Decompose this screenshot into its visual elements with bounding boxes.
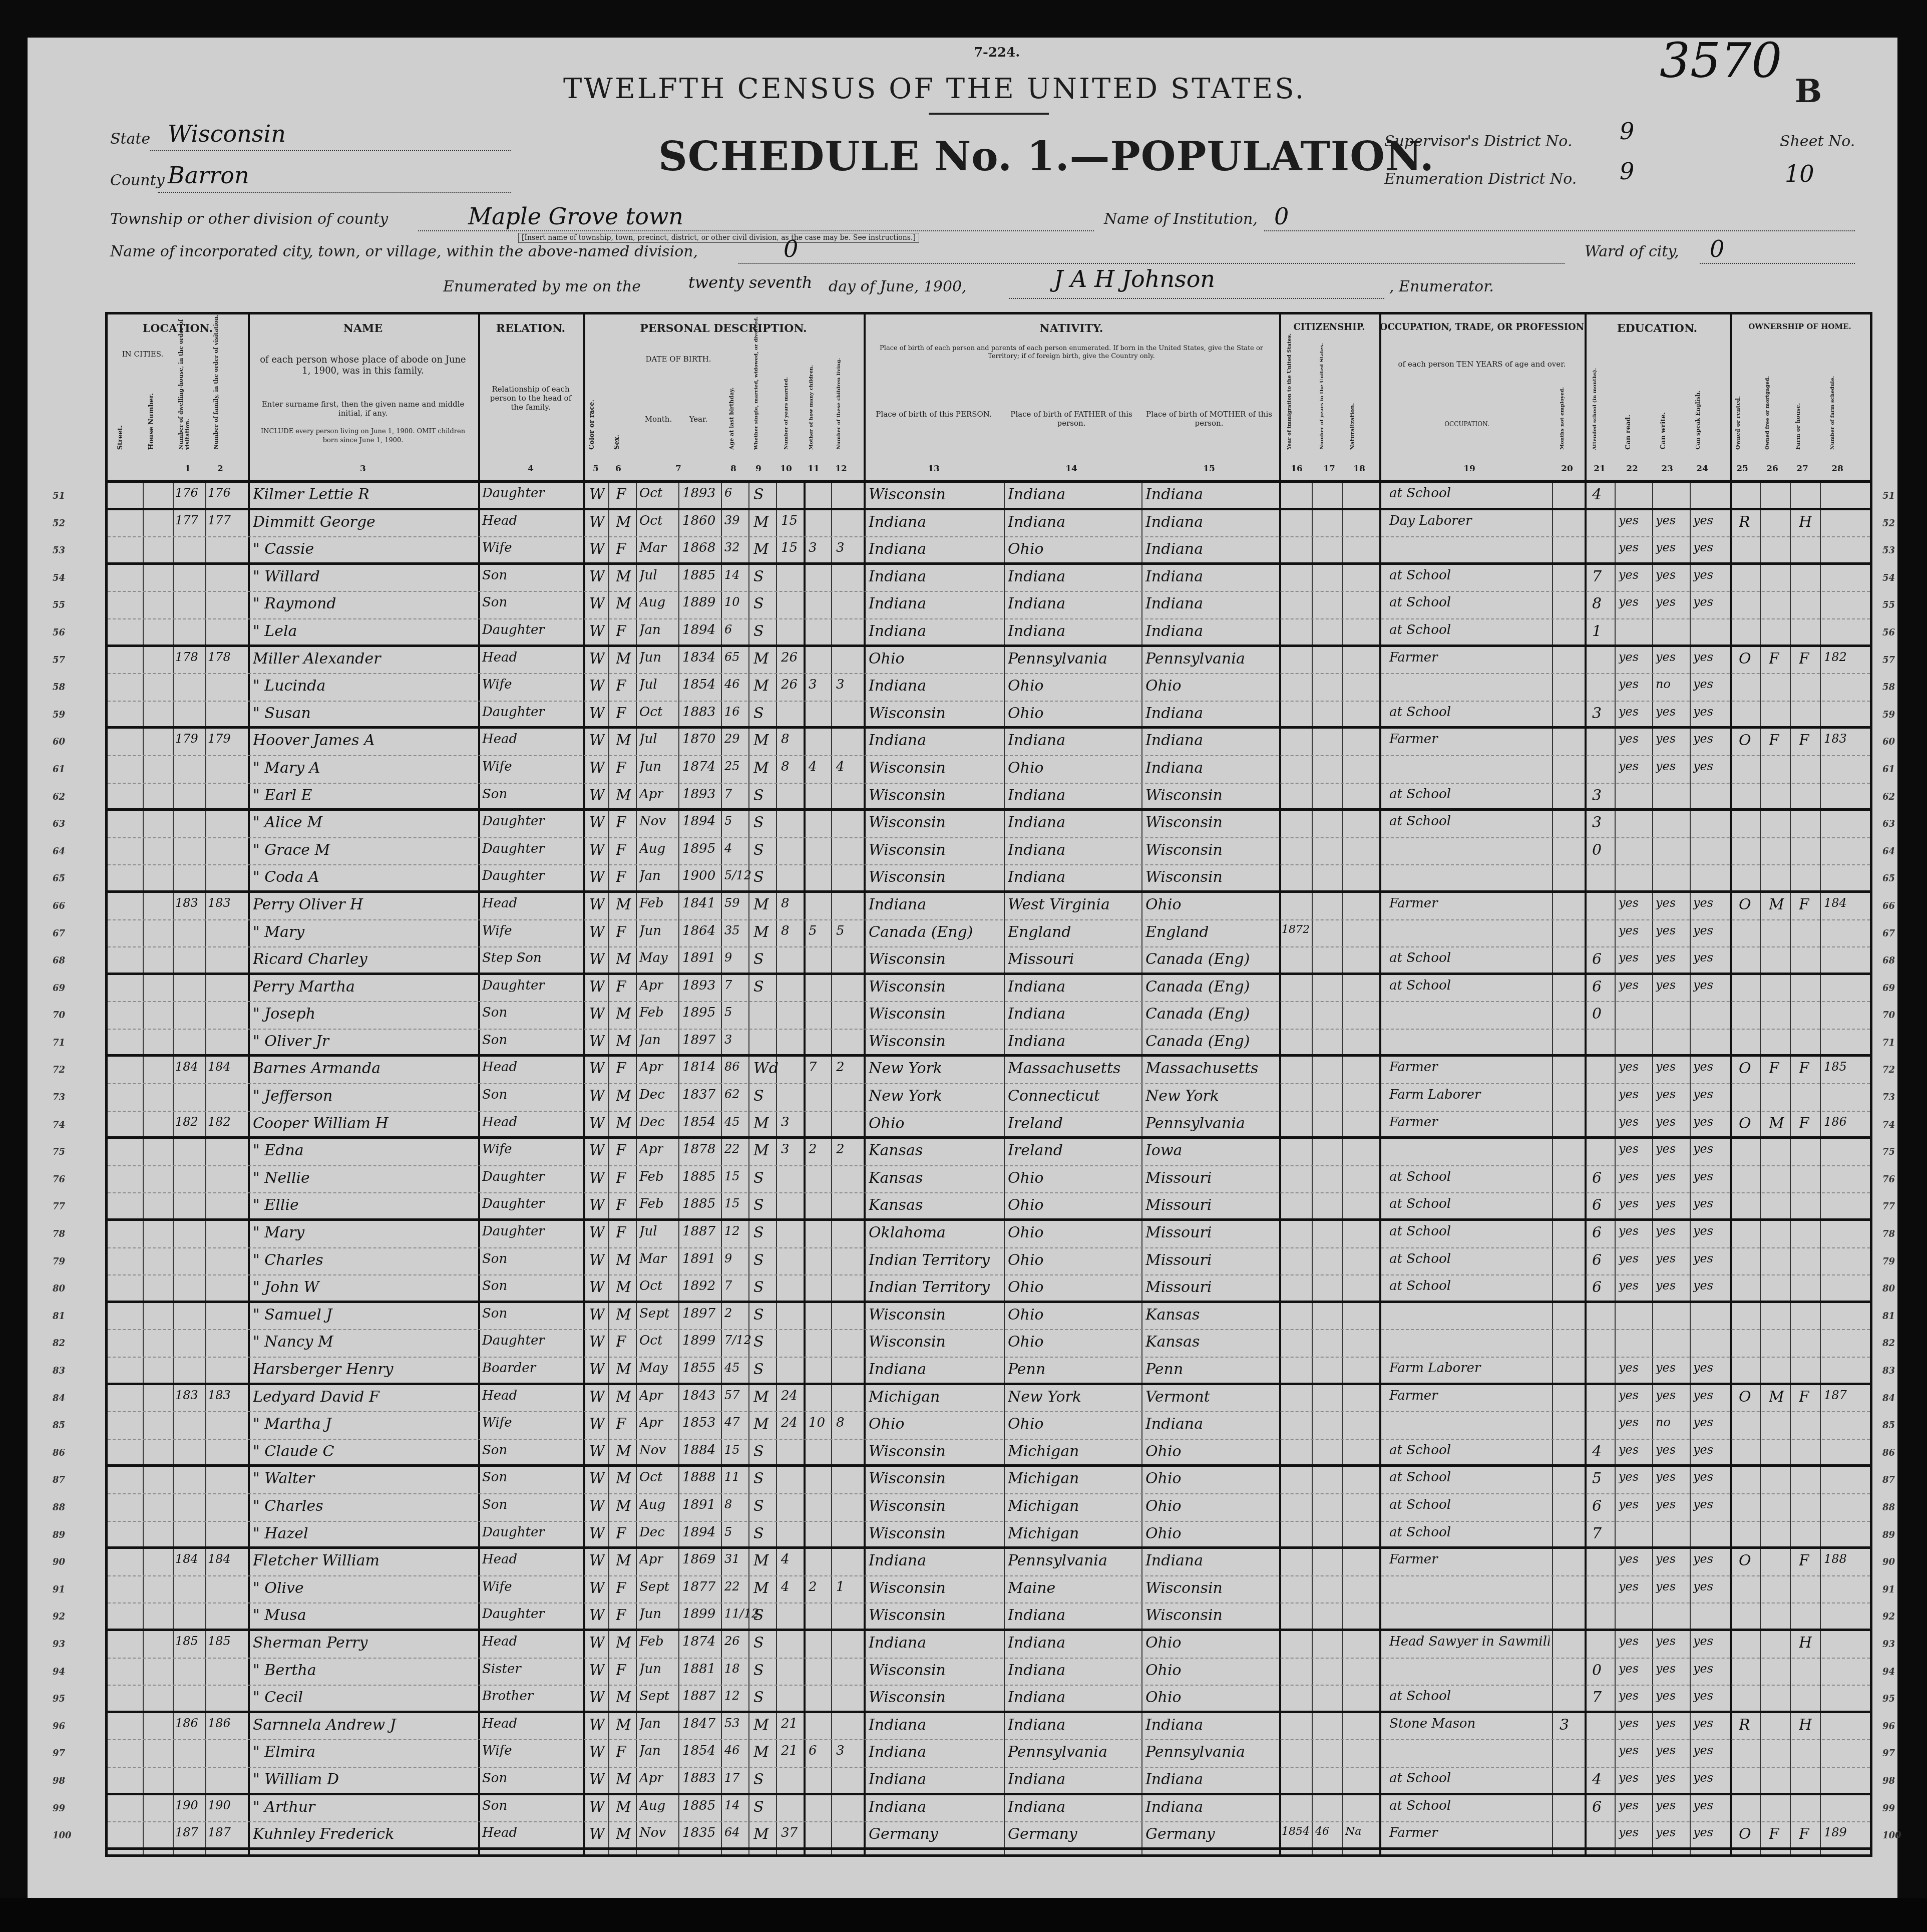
birthplace-father: Ireland bbox=[1008, 1115, 1140, 1132]
line-number-right: 77 bbox=[1882, 1201, 1895, 1212]
divider bbox=[248, 314, 250, 480]
birth-year: 1888 bbox=[682, 1470, 715, 1485]
col-num: 1 bbox=[178, 464, 198, 474]
birth-month: Oct bbox=[639, 513, 662, 528]
color: W bbox=[589, 868, 605, 886]
birthplace-father: Michigan bbox=[1008, 1443, 1140, 1460]
relation: Son bbox=[482, 568, 582, 583]
person-name: " Edna bbox=[253, 1142, 476, 1159]
can-read: yes bbox=[1619, 1388, 1639, 1402]
person-name: Perry Oliver H bbox=[253, 896, 476, 913]
birthplace-father: Indiana bbox=[1008, 486, 1140, 503]
line-number-right: 79 bbox=[1882, 1256, 1895, 1267]
line-number-right: 100 bbox=[1882, 1830, 1901, 1841]
years-married: 4 bbox=[781, 1579, 790, 1594]
write-header: Can write. bbox=[1660, 412, 1667, 450]
house-header: House Number. bbox=[148, 393, 155, 450]
farm-schedule: 187 bbox=[1824, 1388, 1847, 1402]
occupation: at School bbox=[1389, 787, 1550, 802]
birthplace-father: Ohio bbox=[1008, 1278, 1140, 1296]
color: W bbox=[589, 1798, 605, 1816]
birthplace-person: Wisconsin bbox=[869, 1470, 1001, 1487]
sex: M bbox=[616, 1689, 631, 1706]
can-read: yes bbox=[1619, 1771, 1639, 1785]
can-write: yes bbox=[1656, 1689, 1676, 1703]
relation: Son bbox=[482, 1278, 582, 1294]
farm-schedule: 183 bbox=[1824, 732, 1847, 746]
table-row: 96 186 186 Sarnnela Andrew J Head W M Ja… bbox=[108, 1713, 1870, 1741]
age: 45 bbox=[724, 1115, 740, 1129]
owned-rented: R bbox=[1739, 1716, 1750, 1734]
birthplace-father: Indiana bbox=[1008, 732, 1140, 749]
line-number-right: 99 bbox=[1882, 1803, 1895, 1814]
sex: F bbox=[616, 1743, 626, 1761]
table-row: 73 " Jefferson Son W M Dec 1837 62 S New… bbox=[108, 1084, 1870, 1112]
table-row: 88 " Charles Son W M Aug 1891 8 S Wiscon… bbox=[108, 1494, 1870, 1522]
person-name: Barnes Armanda bbox=[253, 1060, 476, 1077]
age: 57 bbox=[724, 1388, 740, 1402]
color: W bbox=[589, 1606, 605, 1624]
person-name: " Charles bbox=[253, 1251, 476, 1269]
birthplace-father: Indiana bbox=[1008, 595, 1140, 612]
color: W bbox=[589, 1579, 605, 1597]
enumeration-value: 9 bbox=[1620, 158, 1634, 185]
table-row: 61 " Mary A Wife W F Jun 1874 25 M 8 4 4… bbox=[108, 756, 1870, 784]
marital-status: M bbox=[753, 923, 769, 941]
color: W bbox=[589, 1388, 605, 1406]
nativity-description: Place of birth of each person and parent… bbox=[869, 345, 1274, 361]
birthplace-person: Indian Territory bbox=[869, 1251, 1001, 1269]
age: 8 bbox=[724, 1497, 732, 1511]
birth-year: 1814 bbox=[682, 1060, 715, 1075]
birthplace-mother: Wisconsin bbox=[1145, 787, 1278, 804]
age: 5 bbox=[724, 1525, 732, 1539]
enumerated-prefix: Enumerated by me on the bbox=[443, 278, 641, 295]
title-divider bbox=[929, 113, 1049, 115]
line-number-left: 58 bbox=[53, 682, 65, 693]
can-write: yes bbox=[1656, 1743, 1676, 1757]
years-married: 3 bbox=[781, 1115, 790, 1130]
birthplace-mother: Wisconsin bbox=[1145, 1579, 1278, 1597]
age: 62 bbox=[724, 1087, 740, 1101]
line-number-right: 75 bbox=[1882, 1147, 1895, 1157]
occupation: at School bbox=[1389, 1525, 1550, 1540]
marital-status: M bbox=[753, 896, 769, 913]
sex: M bbox=[616, 1388, 631, 1406]
birthplace-person: Indiana bbox=[869, 1771, 1001, 1788]
birthplace-mother: Missouri bbox=[1145, 1251, 1278, 1269]
color: W bbox=[589, 950, 605, 968]
sex: F bbox=[616, 677, 626, 695]
farm-house: H bbox=[1799, 513, 1812, 531]
color: W bbox=[589, 595, 605, 612]
person-name: " William D bbox=[253, 1771, 476, 1788]
birth-month: Dec bbox=[639, 1087, 665, 1102]
free-mortgaged: F bbox=[1769, 650, 1779, 668]
city-line bbox=[738, 263, 1565, 264]
can-read: yes bbox=[1619, 1196, 1639, 1210]
age: 7 bbox=[724, 1278, 732, 1293]
birthplace-mother: Vermont bbox=[1145, 1388, 1278, 1406]
line-number-right: 63 bbox=[1882, 819, 1895, 829]
group-nativity: NATIVITY. bbox=[864, 322, 1279, 335]
birthplace-father: Michigan bbox=[1008, 1497, 1140, 1515]
children-born: 5 bbox=[809, 923, 817, 938]
line-number-left: 99 bbox=[53, 1803, 65, 1814]
birthplace-mother: Indiana bbox=[1145, 595, 1278, 612]
age: 86 bbox=[724, 1060, 740, 1074]
line-number-left: 94 bbox=[53, 1667, 65, 1677]
sex: M bbox=[616, 513, 631, 531]
person-name: " Nellie bbox=[253, 1169, 476, 1187]
family-number: 178 bbox=[208, 650, 231, 664]
speaks-english: yes bbox=[1693, 650, 1713, 664]
col-num: 3 bbox=[353, 464, 373, 474]
birth-month: Apr bbox=[639, 1388, 663, 1403]
color: W bbox=[589, 1087, 605, 1105]
birthplace-person: Kansas bbox=[869, 1196, 1001, 1214]
ward-line bbox=[1700, 263, 1855, 264]
can-read: yes bbox=[1619, 1115, 1639, 1129]
birthplace-mother: Indiana bbox=[1145, 486, 1278, 503]
can-read: yes bbox=[1619, 513, 1639, 527]
in-cities-label: IN CITIES. bbox=[108, 350, 178, 359]
age: 35 bbox=[724, 923, 740, 937]
school-months: 6 bbox=[1592, 1196, 1602, 1214]
birthplace-person: Indiana bbox=[869, 622, 1001, 640]
birthplace-person: Indiana bbox=[869, 595, 1001, 612]
school-months: 4 bbox=[1592, 1771, 1602, 1788]
color: W bbox=[589, 1552, 605, 1569]
birth-year: 1892 bbox=[682, 1278, 715, 1294]
can-write: yes bbox=[1656, 1771, 1676, 1785]
can-write: yes bbox=[1656, 1579, 1676, 1593]
line-number-left: 100 bbox=[53, 1830, 72, 1841]
relation: Daughter bbox=[482, 868, 582, 883]
children-born: 2 bbox=[809, 1579, 817, 1594]
age: 14 bbox=[724, 568, 740, 582]
line-number-left: 52 bbox=[53, 518, 65, 529]
line-number-left: 57 bbox=[53, 655, 65, 666]
col-num: 19 bbox=[1459, 464, 1479, 474]
birth-month: Oct bbox=[639, 1278, 662, 1294]
birthplace-person: Indiana bbox=[869, 568, 1001, 585]
person-name: " Mary bbox=[253, 1224, 476, 1241]
can-write: yes bbox=[1656, 1662, 1676, 1676]
school-months: 6 bbox=[1592, 950, 1602, 968]
birthplace-person: Indiana bbox=[869, 732, 1001, 749]
speaks-english: yes bbox=[1693, 978, 1713, 992]
can-write: yes bbox=[1656, 1060, 1676, 1074]
speaks-english: yes bbox=[1693, 950, 1713, 964]
years-us-header: Number of years in the United States. bbox=[1319, 343, 1325, 450]
relation: Son bbox=[482, 1497, 582, 1512]
person-name: Cooper William H bbox=[253, 1115, 476, 1132]
person-name: " Ellie bbox=[253, 1196, 476, 1214]
line-number-right: 53 bbox=[1882, 545, 1895, 556]
birth-father-label: Place of birth of FATHER of this person. bbox=[1004, 410, 1139, 428]
can-read: yes bbox=[1619, 650, 1639, 664]
marital-status: S bbox=[753, 1470, 764, 1487]
dwelling-number: 179 bbox=[175, 732, 198, 746]
birthplace-person: Indiana bbox=[869, 513, 1001, 531]
line-number-left: 91 bbox=[53, 1584, 65, 1595]
birthplace-person: Wisconsin bbox=[869, 841, 1001, 859]
age: 3 bbox=[724, 1033, 732, 1047]
birthplace-person: Wisconsin bbox=[869, 759, 1001, 777]
can-write: no bbox=[1656, 1415, 1671, 1429]
schedule-title: SCHEDULE No. 1.—POPULATION. bbox=[658, 133, 1434, 180]
occupation: at School bbox=[1389, 595, 1550, 610]
years-married: 8 bbox=[781, 732, 790, 747]
birth-year: 1878 bbox=[682, 1142, 715, 1157]
birth-person-label: Place of birth of this PERSON. bbox=[869, 410, 999, 419]
color: W bbox=[589, 1060, 605, 1077]
can-read: yes bbox=[1619, 1689, 1639, 1703]
age: 11 bbox=[724, 1470, 740, 1484]
relation: Daughter bbox=[482, 1169, 582, 1184]
birth-year: 1860 bbox=[682, 513, 715, 528]
speaks-english: yes bbox=[1693, 1415, 1713, 1429]
birth-year: 1887 bbox=[682, 1689, 715, 1704]
children-living: 1 bbox=[836, 1579, 845, 1594]
col-num: 22 bbox=[1622, 464, 1642, 474]
line-number-right: 88 bbox=[1882, 1502, 1895, 1513]
occupation: at School bbox=[1389, 1771, 1550, 1786]
relation: Son bbox=[482, 1771, 582, 1786]
table-row: 94 " Bertha Sister W F Jun 1881 18 S Wis… bbox=[108, 1659, 1870, 1686]
birth-year: 1887 bbox=[682, 1224, 715, 1239]
birthplace-mother: Ohio bbox=[1145, 677, 1278, 695]
sex: M bbox=[616, 1361, 631, 1378]
color: W bbox=[589, 1525, 605, 1542]
sex: F bbox=[616, 1606, 626, 1624]
line-number-right: 89 bbox=[1882, 1530, 1895, 1540]
table-row: 83 Harsberger Henry Boarder W M May 1855… bbox=[108, 1358, 1870, 1385]
line-number-left: 86 bbox=[53, 1448, 65, 1458]
can-write: no bbox=[1656, 677, 1671, 691]
school-months: 0 bbox=[1592, 841, 1602, 859]
line-number-left: 68 bbox=[53, 955, 65, 966]
line-number-left: 96 bbox=[53, 1721, 65, 1732]
line-number-right: 66 bbox=[1882, 901, 1895, 911]
can-read: yes bbox=[1619, 1798, 1639, 1812]
person-name: " Musa bbox=[253, 1606, 476, 1624]
birth-month: Aug bbox=[639, 1798, 665, 1813]
sex: M bbox=[616, 1497, 631, 1515]
age: 12 bbox=[724, 1689, 740, 1703]
speaks-english: yes bbox=[1693, 677, 1713, 691]
relation: Sister bbox=[482, 1662, 582, 1677]
line-number-left: 83 bbox=[53, 1366, 65, 1376]
owned-rented: O bbox=[1739, 1825, 1751, 1843]
can-read: yes bbox=[1619, 1825, 1639, 1839]
school-months: 8 bbox=[1592, 595, 1602, 612]
birthplace-mother: Missouri bbox=[1145, 1196, 1278, 1214]
can-write: yes bbox=[1656, 978, 1676, 992]
table-body: 51 176 176 Kilmer Lettie R Daughter W F … bbox=[108, 483, 1870, 1850]
birth-month: Apr bbox=[639, 1060, 663, 1075]
line-number-right: 96 bbox=[1882, 1721, 1895, 1732]
years-married: 8 bbox=[781, 759, 790, 774]
color: W bbox=[589, 1333, 605, 1351]
color: W bbox=[589, 622, 605, 640]
table-row: 55 " Raymond Son W M Aug 1889 10 S India… bbox=[108, 592, 1870, 619]
line-number-right: 87 bbox=[1882, 1475, 1895, 1485]
sex: M bbox=[616, 732, 631, 749]
sex: M bbox=[616, 896, 631, 913]
birthplace-mother: Ohio bbox=[1145, 1443, 1278, 1460]
person-name: " Earl E bbox=[253, 787, 476, 804]
family-number: 186 bbox=[208, 1716, 231, 1730]
can-read: yes bbox=[1619, 732, 1639, 746]
birthplace-father: New York bbox=[1008, 1388, 1140, 1406]
birth-month: Jun bbox=[639, 1662, 661, 1677]
table-row: 95 " Cecil Brother W M Sept 1887 12 S Wi… bbox=[108, 1686, 1870, 1713]
line-number-left: 98 bbox=[53, 1776, 65, 1786]
divider bbox=[1585, 314, 1587, 480]
birthplace-mother: Kansas bbox=[1145, 1333, 1278, 1351]
include-instruction: INCLUDE every person living on June 1, 1… bbox=[258, 427, 468, 445]
sex: M bbox=[616, 1087, 631, 1105]
marital-status: S bbox=[753, 1443, 764, 1460]
speaks-english: yes bbox=[1693, 1060, 1713, 1074]
line-number-left: 93 bbox=[53, 1639, 65, 1650]
table-row: 71 " Oliver Jr Son W M Jan 1897 3 Wiscon… bbox=[108, 1030, 1870, 1057]
col-num: 10 bbox=[776, 464, 796, 474]
birthplace-mother: Missouri bbox=[1145, 1224, 1278, 1241]
relation: Head bbox=[482, 1388, 582, 1403]
speaks-english: yes bbox=[1693, 1743, 1713, 1757]
immigration-year: 1872 bbox=[1282, 923, 1310, 936]
speaks-english: yes bbox=[1693, 1689, 1713, 1703]
marital-status: S bbox=[753, 1087, 764, 1105]
line-number-left: 85 bbox=[53, 1420, 65, 1431]
speaks-english: yes bbox=[1693, 1251, 1713, 1265]
birthplace-father: Michigan bbox=[1008, 1525, 1140, 1542]
person-name: " Hazel bbox=[253, 1525, 476, 1542]
enumerated-suffix: day of June, 1900, bbox=[829, 278, 967, 295]
birthplace-mother: Ohio bbox=[1145, 1497, 1278, 1515]
age: 32 bbox=[724, 540, 740, 554]
table-row: 64 " Grace M Daughter W F Aug 1895 4 S W… bbox=[108, 838, 1870, 866]
line-number-left: 53 bbox=[53, 545, 65, 556]
speaks-english: yes bbox=[1693, 1552, 1713, 1566]
marital-status: S bbox=[753, 1333, 764, 1351]
birth-year: 1870 bbox=[682, 732, 715, 747]
sex: F bbox=[616, 1142, 626, 1159]
relation: Boarder bbox=[482, 1361, 582, 1376]
can-read: yes bbox=[1619, 540, 1639, 554]
state-line bbox=[150, 150, 511, 151]
relation: Wife bbox=[482, 540, 582, 555]
line-number-left: 61 bbox=[53, 764, 65, 775]
occupation: Farmer bbox=[1389, 732, 1550, 747]
birthplace-father: West Virginia bbox=[1008, 896, 1140, 913]
color: W bbox=[589, 978, 605, 996]
relation: Head bbox=[482, 1115, 582, 1130]
farm-house: F bbox=[1799, 1060, 1809, 1077]
marital-status: M bbox=[753, 1415, 769, 1433]
occupation-sublabel: OCCUPATION. bbox=[1384, 420, 1550, 429]
occupation: at School bbox=[1389, 1689, 1550, 1704]
col-num: 23 bbox=[1657, 464, 1677, 474]
institution-value: 0 bbox=[1274, 203, 1289, 230]
marital-status: S bbox=[753, 1361, 764, 1378]
marital-status: S bbox=[753, 787, 764, 804]
marital-status: S bbox=[753, 1606, 764, 1624]
line-number-right: 76 bbox=[1882, 1174, 1895, 1185]
school-months: 3 bbox=[1592, 787, 1602, 804]
birthplace-person: Indiana bbox=[869, 896, 1001, 913]
name-description: of each person whose place of abode on J… bbox=[258, 355, 468, 377]
name-instruction: Enter surname first, then the given name… bbox=[258, 400, 468, 418]
person-name: " Walter bbox=[253, 1470, 476, 1487]
line-number-right: 58 bbox=[1882, 682, 1895, 693]
birth-year: 1874 bbox=[682, 1634, 715, 1649]
relation: Daughter bbox=[482, 1196, 582, 1211]
relation: Son bbox=[482, 1251, 582, 1266]
birthplace-person: Canada (Eng) bbox=[869, 923, 1001, 941]
age: 5 bbox=[724, 1005, 732, 1019]
farm-schedule: 184 bbox=[1824, 896, 1847, 910]
person-name: " Cecil bbox=[253, 1689, 476, 1706]
table-row: 98 " William D Son W M Apr 1883 17 S Ind… bbox=[108, 1768, 1870, 1795]
line-number-left: 74 bbox=[53, 1120, 65, 1130]
can-read: yes bbox=[1619, 1443, 1639, 1457]
birthplace-mother: Kansas bbox=[1145, 1306, 1278, 1324]
birthplace-person: Indiana bbox=[869, 1361, 1001, 1378]
birth-year: 1883 bbox=[682, 1771, 715, 1786]
age: 15 bbox=[724, 1443, 740, 1457]
sex: M bbox=[616, 595, 631, 612]
children-living: 3 bbox=[836, 1743, 845, 1758]
birth-year: 1883 bbox=[682, 705, 715, 720]
person-name: " Arthur bbox=[253, 1798, 476, 1816]
birthplace-person: Indiana bbox=[869, 1634, 1001, 1652]
can-write: yes bbox=[1656, 1278, 1676, 1293]
sex: F bbox=[616, 486, 626, 503]
owned-rented: O bbox=[1739, 650, 1751, 668]
relation: Daughter bbox=[482, 1606, 582, 1622]
birth-month: Jul bbox=[639, 732, 657, 747]
birth-month: Nov bbox=[639, 814, 666, 829]
table-row: 79 " Charles Son W M Mar 1891 9 S Indian… bbox=[108, 1248, 1870, 1276]
relation-description: Relationship of each person to the head … bbox=[483, 385, 578, 412]
school-months: 7 bbox=[1592, 1689, 1602, 1706]
color: W bbox=[589, 759, 605, 777]
speaks-english: yes bbox=[1693, 513, 1713, 527]
person-name: " Mary A bbox=[253, 759, 476, 777]
line-number-right: 67 bbox=[1882, 928, 1895, 939]
county-value: Barron bbox=[168, 162, 249, 189]
years-married: 21 bbox=[781, 1743, 798, 1758]
ward-value: 0 bbox=[1710, 235, 1724, 262]
years-in-us: 46 bbox=[1315, 1825, 1329, 1838]
children-born: 6 bbox=[809, 1743, 817, 1758]
table-row: 57 178 178 Miller Alexander Head W M Jun… bbox=[108, 647, 1870, 675]
farm-house: F bbox=[1799, 1552, 1809, 1569]
birthplace-mother: Penn bbox=[1145, 1361, 1278, 1378]
line-number-right: 72 bbox=[1882, 1065, 1895, 1075]
birth-year: 1894 bbox=[682, 622, 715, 637]
state-label: State bbox=[110, 130, 150, 148]
age: 6 bbox=[724, 622, 732, 636]
can-read: yes bbox=[1619, 896, 1639, 910]
marital-status: S bbox=[753, 486, 764, 503]
sex: F bbox=[616, 759, 626, 777]
line-number-left: 97 bbox=[53, 1748, 65, 1759]
